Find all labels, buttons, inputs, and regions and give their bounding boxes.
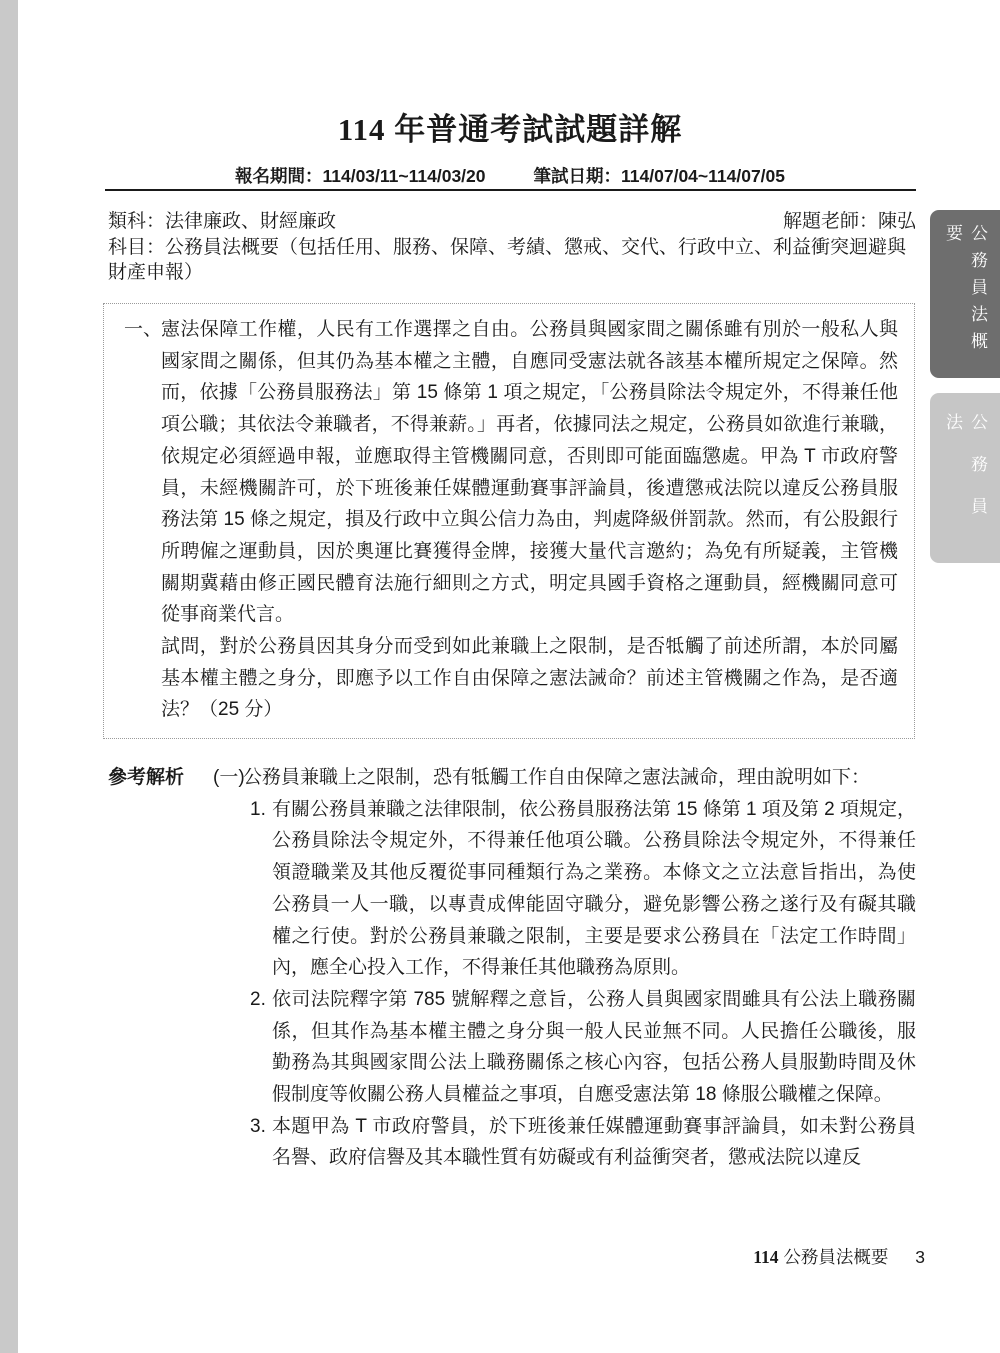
category-value: 法律廉政、財經廉政: [165, 211, 336, 232]
footer-year: 114: [753, 1247, 778, 1267]
question-body: 憲法保障工作權，人民有工作選擇之自由。公務員與國家間之關係雖有別於一般私人與國家…: [161, 314, 898, 631]
question: 一、 憲法保障工作權，人民有工作選擇之自由。公務員與國家間之關係雖有別於一般私人…: [124, 314, 898, 726]
chapter-tab-current: 公務員法概要: [930, 210, 1000, 378]
written-exam-date-label: 筆試日期：: [534, 166, 622, 186]
teacher-line: 解題老師：陳弘: [783, 209, 916, 235]
analysis-label: 參考解析: [108, 762, 213, 1174]
header-divider: [105, 189, 916, 191]
list-item-number: 2.: [250, 984, 272, 1111]
book-page: 114 年普通考試試題詳解 報名期間：114/03/11~114/03/20 筆…: [0, 0, 1000, 1353]
registration-period: 報名期間：114/03/11~114/03/20: [235, 163, 486, 188]
written-exam-date-value: 114/07/04~114/07/05: [621, 166, 785, 186]
subject-label: 科目：: [108, 237, 165, 258]
list-item-number: 3.: [250, 1111, 272, 1174]
footer-subject: 公務員法概要: [783, 1247, 888, 1267]
registration-period-label: 報名期間：: [235, 166, 323, 186]
category-label: 類科：: [108, 211, 165, 232]
subsection-body: 公務員兼職上之限制，恐有牴觸工作自由保障之憲法誡命，理由說明如下： 1. 有關公…: [243, 762, 916, 1174]
meta-row: 類科：法律廉政、財經廉政 解題老師：陳弘: [108, 209, 916, 235]
written-exam-date: 筆試日期：114/07/04~114/07/05: [534, 163, 786, 188]
registration-period-value: 114/03/11~114/03/20: [322, 166, 485, 186]
list-item-text: 本題甲為 T 市政府警員，於下班後兼任媒體運動賽事評論員，如未對公務員名譽、政府…: [272, 1111, 916, 1174]
question-box: 一、 憲法保障工作權，人民有工作選擇之自由。公務員與國家間之關係雖有別於一般私人…: [103, 303, 915, 739]
subsection-intro: 公務員兼職上之限制，恐有牴觸工作自由保障之憲法誡命，理由說明如下：: [243, 762, 916, 794]
exam-meta: 類科：法律廉政、財經廉政 解題老師：陳弘 科目：公務員法概要（包括任用、服務、保…: [108, 209, 916, 286]
question-text: 憲法保障工作權，人民有工作選擇之自由。公務員與國家間之關係雖有別於一般私人與國家…: [161, 314, 898, 726]
analysis-subsection: (一) 公務員兼職上之限制，恐有牴觸工作自由保障之憲法誡命，理由說明如下： 1.…: [213, 762, 916, 1174]
exam-dates-line: 報名期間：114/03/11~114/03/20 筆試日期：114/07/04~…: [105, 163, 915, 188]
subject-line: 科目：公務員法概要（包括任用、服務、保障、考績、懲戒、交代、行政中立、利益衝突迴…: [108, 235, 916, 286]
numbered-list: 1. 有關公務員兼職之法律限制，依公務員服務法第 15 條第 1 項及第 2 項…: [250, 794, 916, 1174]
question-number: 一、: [124, 314, 161, 726]
list-item-text: 依司法院釋字第 785 號解釋之意旨，公務人員與國家間雖具有公法上職務關係，但其…: [272, 984, 916, 1111]
list-item: 1. 有關公務員兼職之法律限制，依公務員服務法第 15 條第 1 項及第 2 項…: [250, 794, 916, 984]
list-item: 2. 依司法院釋字第 785 號解釋之意旨，公務人員與國家間雖具有公法上職務關係…: [250, 984, 916, 1111]
question-prompt: 試問，對於公務員因其身分而受到如此兼職上之限制，是否牴觸了前述所謂，本於同屬基本…: [161, 631, 898, 726]
category-line: 類科：法律廉政、財經廉政: [108, 209, 336, 235]
page-number: 3: [915, 1247, 925, 1267]
subsection-marker: (一): [213, 762, 243, 1174]
chapter-tab-other: 公務員法: [930, 393, 1000, 563]
list-item: 3. 本題甲為 T 市政府警員，於下班後兼任媒體運動賽事評論員，如未對公務員名譽…: [250, 1111, 916, 1174]
list-item-number: 1.: [250, 794, 272, 984]
page-footer: 114 公務員法概要 3: [753, 1244, 925, 1269]
binding-edge-strip: [0, 0, 18, 1353]
teacher-label: 解題老師：: [783, 211, 878, 232]
page-title: 114 年普通考試試題詳解: [105, 104, 915, 149]
list-item-text: 有關公務員兼職之法律限制，依公務員服務法第 15 條第 1 項及第 2 項規定，…: [272, 794, 916, 984]
teacher-value: 陳弘: [878, 211, 916, 232]
analysis-section: 參考解析 (一) 公務員兼職上之限制，恐有牴觸工作自由保障之憲法誡命，理由說明如…: [108, 762, 916, 1174]
subject-value: 公務員法概要（包括任用、服務、保障、考績、懲戒、交代、行政中立、利益衝突迴避與財…: [108, 237, 906, 284]
